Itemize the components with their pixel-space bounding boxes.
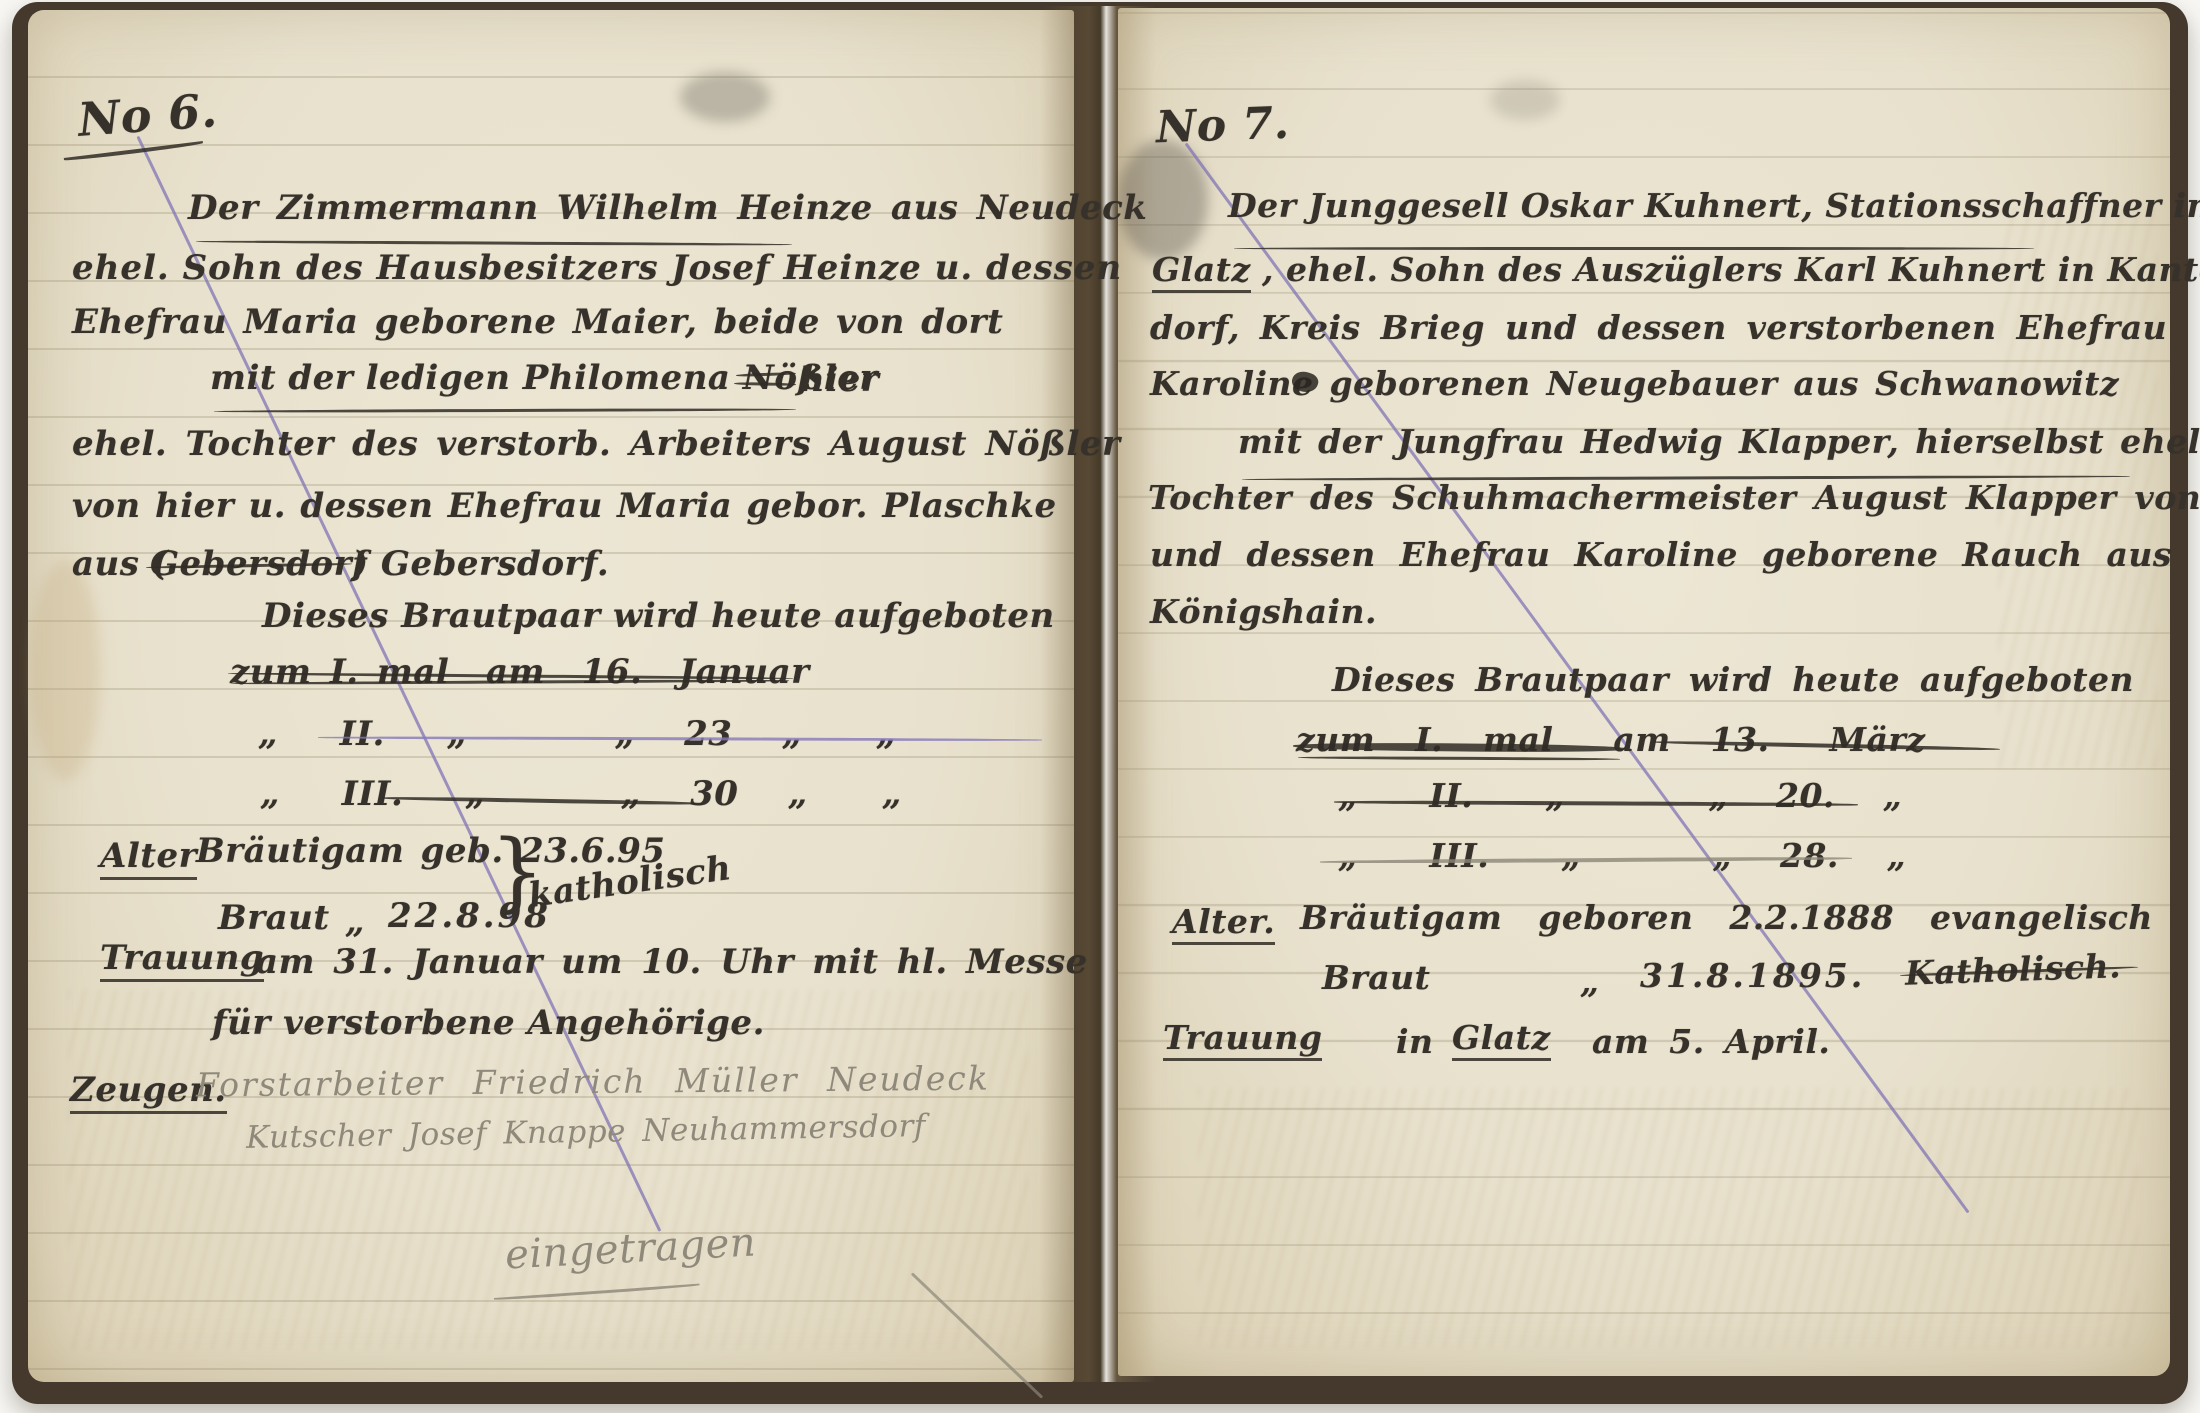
- bleedthrough-texture: [1198, 1088, 2138, 1348]
- wedding-in: in: [1396, 1022, 1434, 1061]
- banns-first: zum I. mal am 16. Januar: [230, 652, 810, 692]
- bride-origin-suffix: ) Gebersdorf.: [352, 544, 609, 584]
- banns-intro-r: Dieses Brautpaar wird heute aufgeboten: [1332, 660, 2134, 699]
- bride-line-4: Königshain.: [1150, 592, 1377, 631]
- age-label-r: Alter.: [1172, 902, 1275, 941]
- groom-line-r: Der Junggesell Oskar Kuhnert, Stationssc…: [1228, 186, 2200, 225]
- age-label: Alter: [100, 836, 197, 876]
- banns-third: „ III. „ „ 30 „ „: [260, 774, 902, 814]
- ditto-mark: „: [345, 902, 365, 942]
- wedding-label-text: Trauung: [100, 938, 264, 982]
- wedding-text-2: für verstorbene Angehörige.: [212, 1003, 765, 1043]
- wedding-label: Trauung: [100, 938, 264, 978]
- bride-line: mit der ledigen Philomena Nößler: [210, 358, 878, 398]
- banns-intro: Dieses Brautpaar wird heute aufgeboten: [262, 596, 1055, 636]
- wedding-place: Glatz: [1452, 1018, 1551, 1057]
- banns-third-r: „ III. „ „ 28. „: [1338, 836, 1906, 875]
- age-bride-label: Braut: [218, 898, 330, 938]
- groom-place-text: Glatz: [1152, 250, 1251, 293]
- age-label-r-text: Alter.: [1172, 902, 1275, 945]
- age-label-text: Alter: [100, 836, 197, 880]
- entry-number-6: No 6.: [76, 83, 219, 147]
- bride-parents-line-2: von hier u. dessen Ehefrau Maria gebor. …: [72, 486, 1057, 526]
- wedding-text: am 31. Januar um 10. Uhr mit hl. Messe: [256, 942, 1088, 982]
- wedding-place-text: Glatz: [1452, 1018, 1551, 1061]
- ink-smudge: [1490, 80, 1560, 120]
- banns-second: „ II. „ „ 23 „ „: [258, 714, 896, 754]
- bride-line-2: Tochter des Schuhmachermeister August Kl…: [1148, 478, 2200, 517]
- groom-line-2-rest: , ehel. Sohn des Auszüglers Karl Kuhnert…: [1262, 250, 2200, 289]
- wedding-label-r-text: Trauung: [1163, 1018, 1322, 1061]
- age-bride-date: 22.8.98: [388, 896, 551, 936]
- ink-smudge: [680, 72, 770, 122]
- bride-parents-line-1: ehel. Tochter des verstorb. Arbeiters Au…: [72, 424, 1120, 464]
- bride-line-suffix: hier: [800, 360, 879, 400]
- groom-line: Der Zimmermann Wilhelm Heinze aus Neudec…: [188, 188, 1147, 228]
- paper-stain: [30, 560, 100, 780]
- entry-number-7: No 7.: [1155, 98, 1290, 154]
- bride-line-3: und dessen Ehefrau Karoline geborene Rau…: [1150, 535, 2172, 574]
- groom-parents-line-1: ehel. Sohn des Hausbesitzers Josef Heinz…: [72, 248, 1122, 288]
- groom-parents-line-2: Ehefrau Maria geborene Maier, beide von …: [72, 302, 1003, 342]
- groom-line-3: dorf, Kreis Brieg und dessen verstorbene…: [1150, 308, 2167, 347]
- wedding-date: am 5. April.: [1592, 1022, 1830, 1061]
- groom-line-2-place: Glatz: [1152, 250, 1251, 289]
- bride-line-r: mit der Jungfrau Hedwig Klapper, hiersel…: [1238, 422, 2200, 461]
- banns-first-r: zum I. mal am 13. März: [1296, 720, 1926, 759]
- scanned-register-spread: No 6. Der Zimmermann Wilhelm Heinze aus …: [0, 0, 2200, 1413]
- age-bride-label-r: Braut: [1322, 958, 1430, 997]
- witness-1: Forstarbeiter Friedrich Müller Neudeck: [196, 1059, 990, 1105]
- ditto-mark-r: „: [1580, 962, 1599, 1001]
- wedding-label-r: Trauung: [1163, 1018, 1322, 1057]
- age-groom-r: Bräutigam geboren 2.2.1888 evangelisch: [1300, 898, 2153, 937]
- age-bride-date-r: 31.8.1895.: [1640, 956, 1865, 995]
- age-groom: Bräutigam geb. 23.6.95: [196, 831, 665, 871]
- banns-second-r: „ II. „ „ 20. „: [1338, 776, 1902, 815]
